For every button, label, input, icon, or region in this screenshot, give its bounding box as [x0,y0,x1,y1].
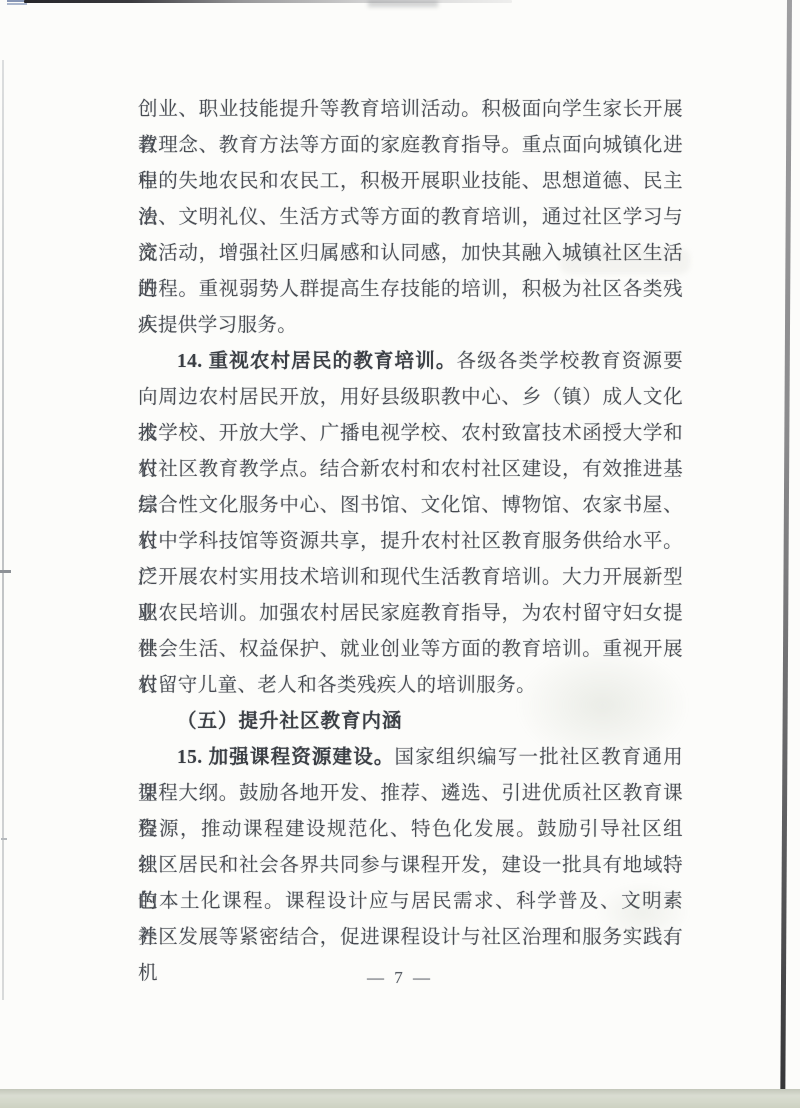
text-line: 创业、职业技能提升等教育培训活动。积极面向学生家长开展教 [138,92,683,128]
text-run: 人提供学习服务。 [138,315,297,336]
text-line: 村中学科技馆等资源共享，提升农村社区教育服务供给水平。广 [138,524,683,560]
text-block: 创业、职业技能提升等教育培训活动。积极面向学生家长开展教育理念、教育方法等方面的… [138,92,683,956]
text-run: 各级各类学校教育资源要 [457,351,683,372]
text-line: 业农民培训。加强农村居民家庭教育指导，为农村留守妇女提供 [138,596,683,632]
bold-run: （五）提升社区教育内涵 [177,711,403,732]
text-line: 村留守儿童、老人和各类残疾人的培训服务。 [138,668,683,704]
text-line: 泛开展农村实用技术培训和现代生活教育培训。大力开展新型职 [138,560,683,596]
scan-artifact-left-edge [2,60,4,1000]
text-line: 15. 加强课程资源建设。国家组织编写一批社区教育通用型 [138,740,683,776]
scan-artifact-left-tick-small [1,838,7,840]
text-line: 资源，推动课程建设规范化、特色化发展。鼓励引导社区组织、 [138,812,683,848]
bold-run: 14. 重视农村居民的教育培训。 [177,351,457,372]
scan-artifact-right-edge [780,0,792,1102]
text-line: 社会生活、权益保护、就业创业等方面的教育培训。重视开展农 [138,632,683,668]
text-line: 课程大纲。鼓励各地开发、推荐、遴选、引进优质社区教育课程 [138,776,683,812]
text-line: 进程。重视弱势人群提高生存技能的培训，积极为社区各类残疾 [138,272,683,308]
bold-run: 15. 加强课程资源建设。 [177,747,395,768]
scanned-page: 创业、职业技能提升等教育培训活动。积极面向学生家长开展教育理念、教育方法等方面的… [0,0,800,1108]
scan-artifact-left-tick [0,570,11,573]
section-heading: （五）提升社区教育内涵 [138,704,683,740]
text-line: 向周边农村居民开放，用好县级职教中心、乡（镇）成人文化技 [138,380,683,416]
text-line: 社区发展等紧密结合，促进课程设计与社区治理和服务实践有机 [138,920,683,956]
text-line: 流活动，增强社区归属感和认同感，加快其融入城镇社区生活的 [138,236,683,272]
text-line: 人提供学习服务。 [138,308,683,344]
text-line: 育理念、教育方法等方面的家庭教育指导。重点面向城镇化进程 [138,128,683,164]
scan-artifact-top-edge [24,0,512,3]
scan-artifact-top-smudge [368,0,438,7]
text-run: 村留守儿童、老人和各类残疾人的培训服务。 [138,675,536,696]
text-line: 的本土化课程。课程设计应与居民需求、科学普及、文明素养、 [138,884,683,920]
text-line: 治、文明礼仪、生活方式等方面的教育培训，通过社区学习与交 [138,200,683,236]
scan-artifact-bottom-band [0,1089,800,1108]
text-line: 14. 重视农村居民的教育培训。各级各类学校教育资源要 [138,344,683,380]
text-line: 中的失地农民和农民工，积极开展职业技能、思想道德、民主法 [138,164,683,200]
text-line: 术学校、开放大学、广播电视学校、农村致富技术函授大学和农 [138,416,683,452]
page-number: — 7 — [0,968,800,988]
text-line: 综合性文化服务中心、图书馆、文化馆、博物馆、农家书屋、农 [138,488,683,524]
text-line: 村社区教育教学点。结合新农村和农村社区建设，有效推进基层 [138,452,683,488]
text-line: 社区居民和社会各界共同参与课程开发，建设一批具有地域特色 [138,848,683,884]
